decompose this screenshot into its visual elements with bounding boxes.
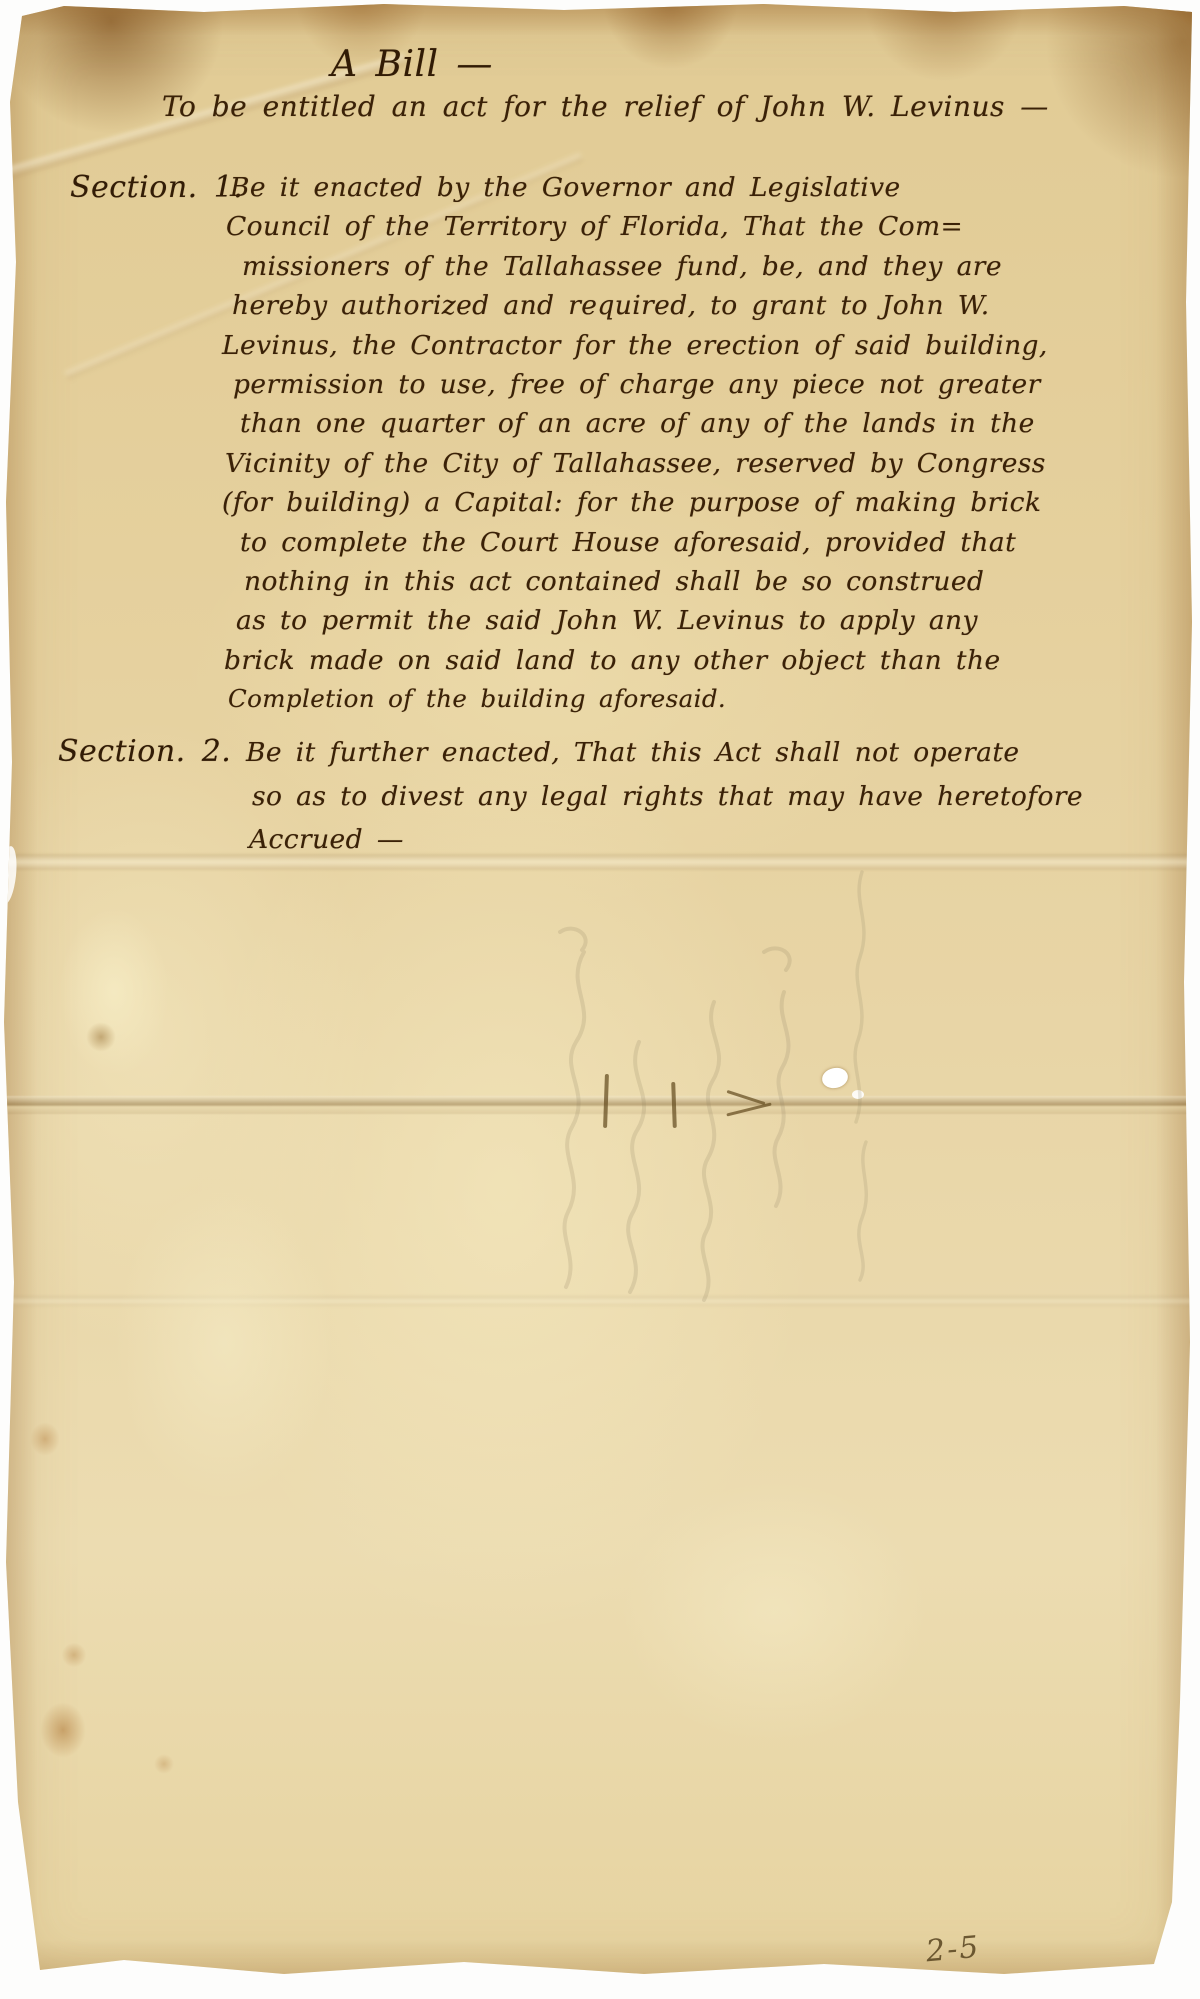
section-2-label: Section. 2. xyxy=(58,734,231,769)
manuscript-line: Be it enacted by the Governor and Legisl… xyxy=(230,172,910,211)
document-title: A Bill — xyxy=(272,44,552,85)
manuscript-line: Levinus, the Contractor for the erection… xyxy=(222,330,910,369)
manuscript-line: to complete the Court House aforesaid, p… xyxy=(240,527,910,566)
foxing-stain xyxy=(62,1642,86,1668)
horizontal-fold-middle xyxy=(4,1096,1194,1114)
foxing-stain xyxy=(30,1422,60,1456)
section-1-body: Be it enacted by the Governor and Legisl… xyxy=(230,172,910,723)
manuscript-line: Council of the Territory of Florida, Tha… xyxy=(226,211,910,250)
edge-tear xyxy=(0,845,19,904)
horizontal-fold-lower xyxy=(4,1296,1194,1306)
foxing-stain xyxy=(154,1754,174,1774)
manuscript-line: Be it further enacted, That this Act sha… xyxy=(246,737,926,781)
stitch-mark xyxy=(726,1102,771,1116)
manuscript-line: hereby authorized and required, to grant… xyxy=(232,290,910,329)
stitch-mark xyxy=(671,1082,677,1128)
torn-hole xyxy=(852,1090,864,1099)
manuscript-line: as to permit the said John W. Levinus to… xyxy=(236,605,910,644)
pale-stain xyxy=(114,1182,334,1502)
manuscript-line: missioners of the Tallahassee fund, be, … xyxy=(242,251,910,290)
foxing-stain xyxy=(40,1702,86,1758)
manuscript-line: so as to divest any legal rights that ma… xyxy=(252,781,926,825)
bleed-through-writing-edge xyxy=(842,862,882,1282)
page-number-annotation: 2-5 xyxy=(925,1930,982,1970)
manuscript-line: than one quarter of an acre of any of th… xyxy=(240,408,910,447)
manuscript-line: (for building) a Capital: for the purpos… xyxy=(222,487,910,526)
pale-stain xyxy=(624,1482,924,1742)
section-2-body: Be it further enacted, That this Act sha… xyxy=(246,737,926,868)
manuscript-line: brick made on said land to any other obj… xyxy=(224,645,910,684)
bleed-through-writing xyxy=(464,892,894,1312)
manuscript-line: Accrued — xyxy=(249,824,926,868)
scanned-manuscript-screenshot: A Bill — To be entitled an act for the r… xyxy=(0,0,1200,1999)
section-1-label: Section. 1. xyxy=(70,170,243,205)
manuscript-line: nothing in this act contained shall be s… xyxy=(244,566,910,605)
manuscript-paper-sheet: A Bill — To be entitled an act for the r… xyxy=(4,2,1194,1986)
manuscript-line: permission to use, free of charge any pi… xyxy=(233,369,910,408)
stitch-mark xyxy=(727,1090,766,1105)
manuscript-line: Completion of the building aforesaid. xyxy=(228,684,910,723)
stitch-mark xyxy=(603,1074,609,1128)
stain-streak-top-right xyxy=(1036,0,1200,66)
pale-stain xyxy=(59,907,169,1077)
torn-hole xyxy=(820,1066,850,1091)
document-subtitle: To be entitled an act for the relief of … xyxy=(162,90,1049,123)
manuscript-line: Vicinity of the City of Tallahassee, res… xyxy=(225,448,910,487)
dark-spot-stain xyxy=(86,1022,116,1052)
